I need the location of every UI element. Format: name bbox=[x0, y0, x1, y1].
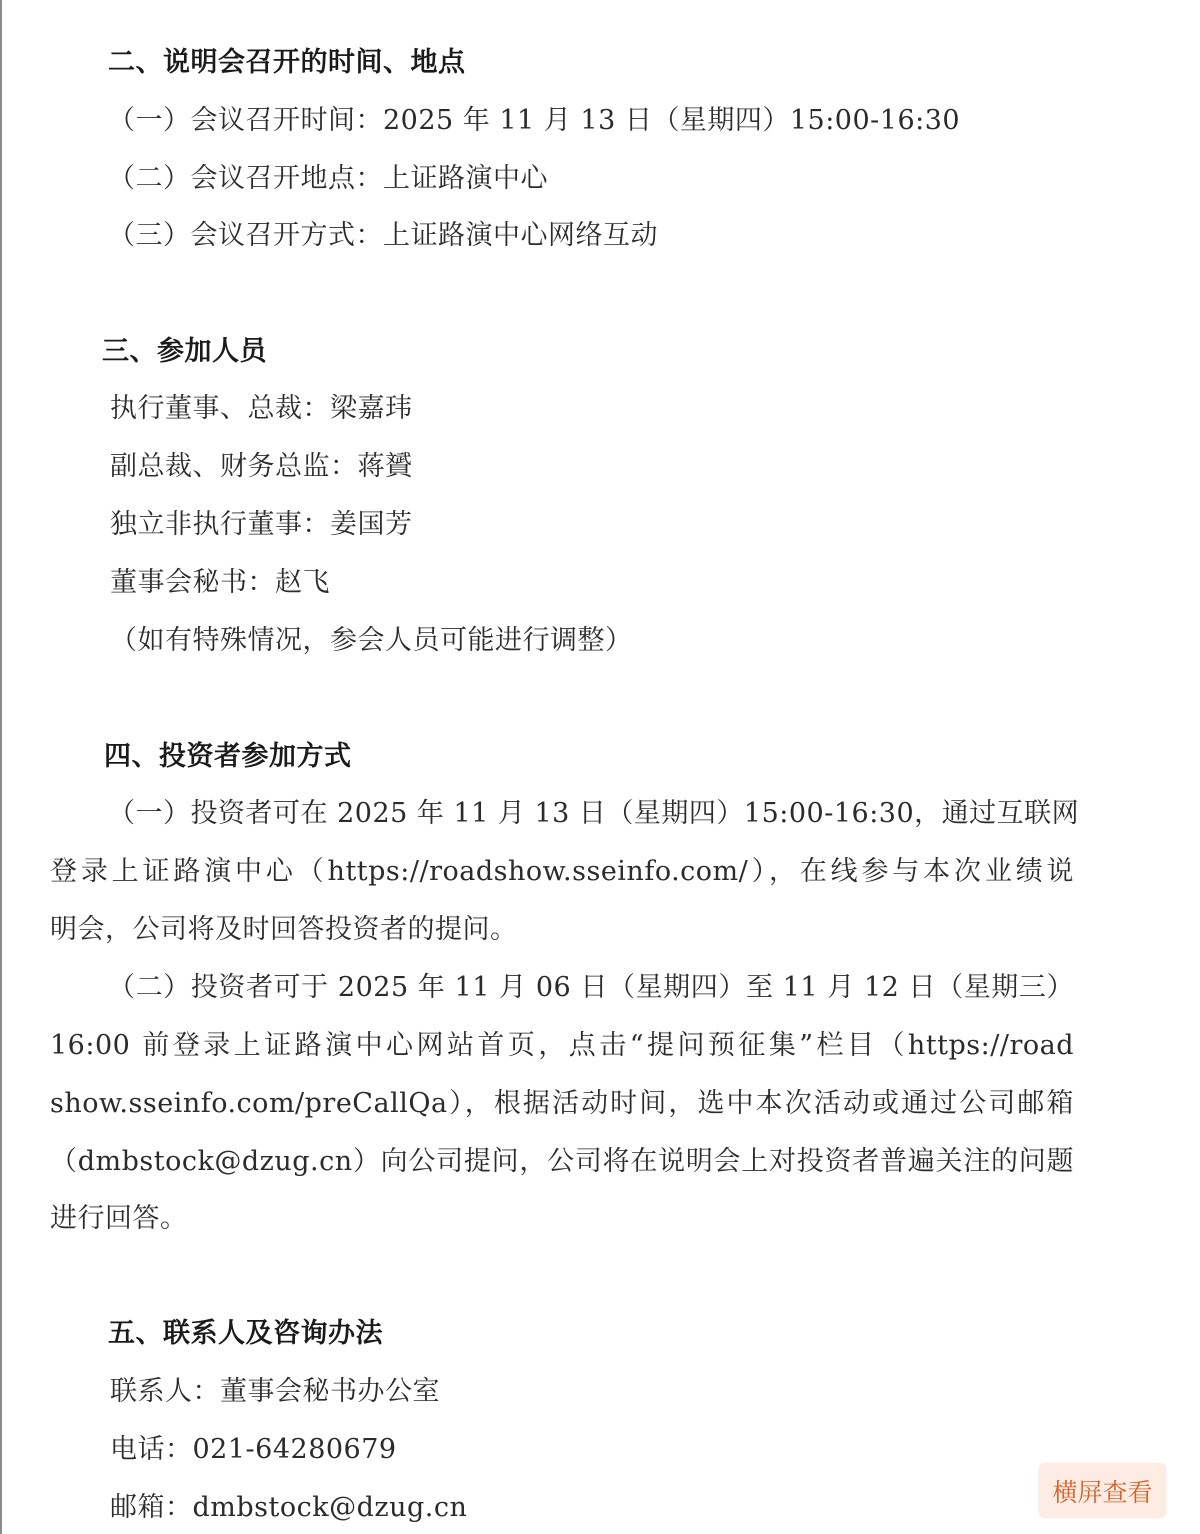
meeting-location: （二）会议召开地点：上证路演中心 bbox=[108, 162, 548, 196]
participant-item: 副总裁、财务总监：蒋贇 bbox=[110, 450, 413, 484]
participant-note: （如有特殊情况，参会人员可能进行调整） bbox=[110, 624, 633, 658]
participation-para1-line3: 明会，公司将及时回答投资者的提问。 bbox=[50, 913, 518, 947]
page-left-border bbox=[0, 0, 2, 1534]
contact-person: 联系人：董事会秘书办公室 bbox=[110, 1375, 440, 1409]
landscape-view-button[interactable]: 横屏查看 bbox=[1039, 1463, 1166, 1518]
contact-email: 邮箱：dmbstock@dzug.cn bbox=[110, 1491, 467, 1525]
participant-item: 董事会秘书：赵飞 bbox=[110, 566, 330, 600]
participant-item: 执行董事、总裁：梁嘉玮 bbox=[110, 392, 413, 426]
section-heading-investor-participation: 四、投资者参加方式 bbox=[104, 740, 352, 774]
participation-para2-line3: show.sseinfo.com/preCallQa），根据活动时间，选中本次活… bbox=[50, 1087, 1074, 1121]
participation-para2-line4: （dmbstock@dzug.cn）向公司提问，公司将在说明会上对投资者普遍关注… bbox=[50, 1145, 1074, 1179]
landscape-view-label: 横屏查看 bbox=[1052, 1473, 1152, 1509]
participation-para2-line2: 16:00 前登录上证路演中心网站首页，点击“提问预征集”栏目（https://… bbox=[50, 1029, 1074, 1063]
contact-phone: 电话：021-64280679 bbox=[110, 1433, 397, 1467]
participation-para2-line1: （二）投资者可于 2025 年 11 月 06 日（星期四）至 11 月 12 … bbox=[108, 971, 1074, 1005]
meeting-time: （一）会议召开时间：2025 年 11 月 13 日（星期四）15:00-16:… bbox=[108, 104, 960, 138]
participant-item: 独立非执行董事：姜国芳 bbox=[110, 508, 413, 542]
participation-para1-line2: 登录上证路演中心（https://roadshow.sseinfo.com/），… bbox=[50, 855, 1074, 889]
section-heading-time-location: 二、说明会召开的时间、地点 bbox=[108, 46, 466, 80]
participation-para2-line5: 进行回答。 bbox=[50, 1202, 188, 1236]
meeting-method: （三）会议召开方式：上证路演中心网络互动 bbox=[108, 219, 658, 253]
section-heading-participants: 三、参加人员 bbox=[102, 335, 267, 369]
participation-para1-line1: （一）投资者可在 2025 年 11 月 13 日（星期四）15:00-16:3… bbox=[108, 797, 1074, 831]
section-heading-contact: 五、联系人及咨询办法 bbox=[108, 1317, 383, 1351]
